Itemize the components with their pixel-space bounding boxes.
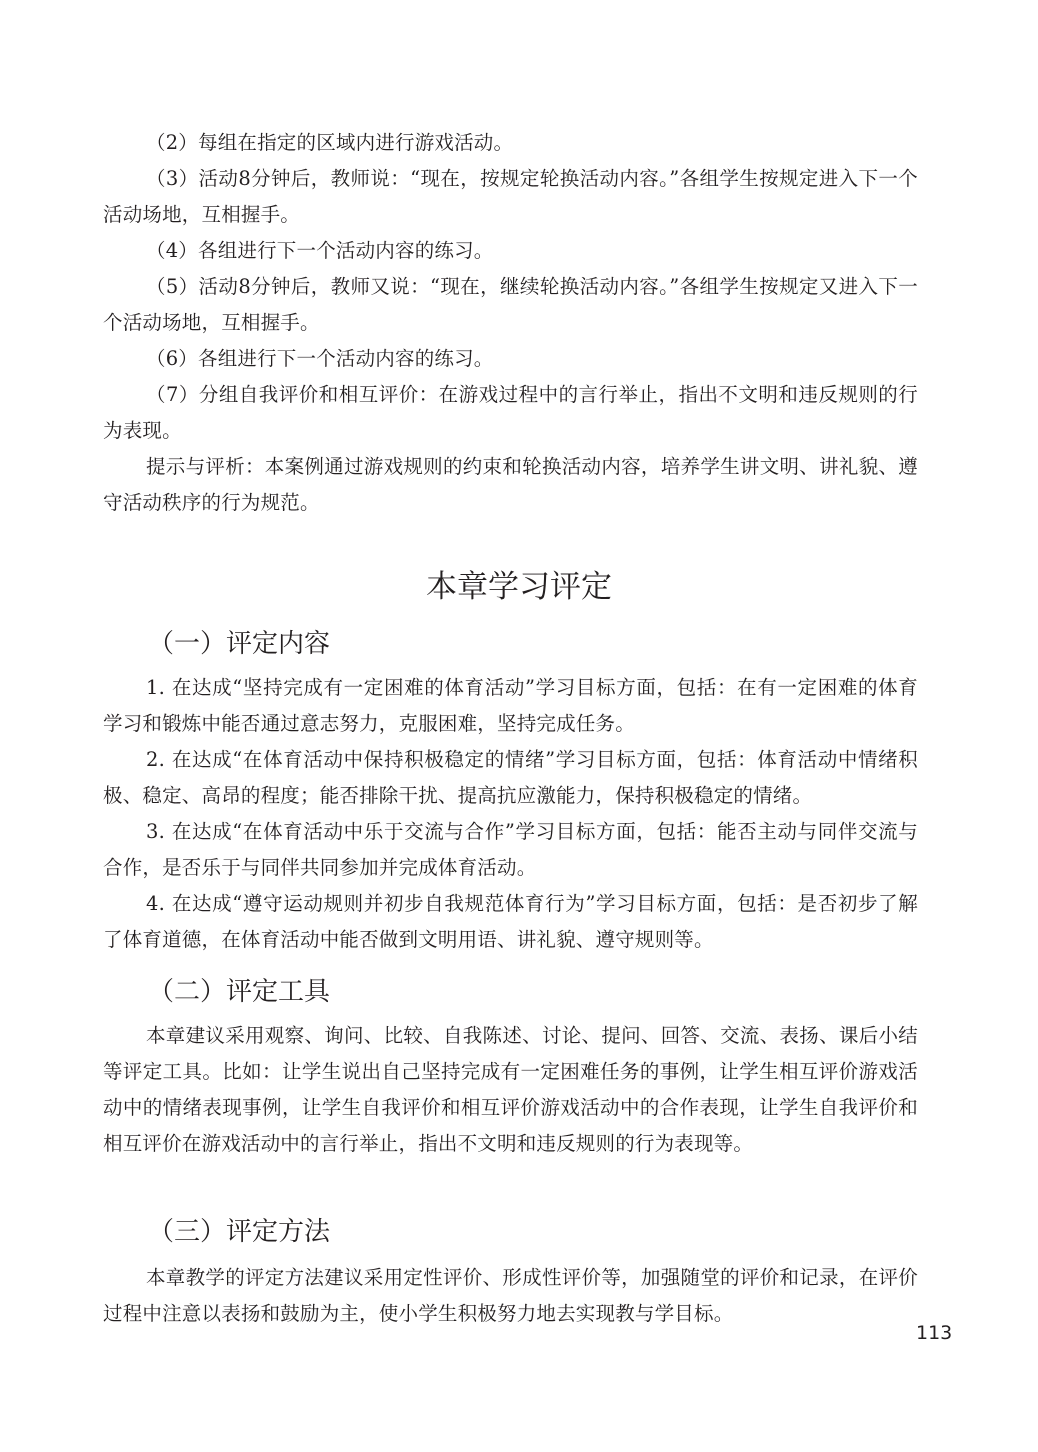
- section-heading-tools: （二）评定工具: [148, 972, 330, 1012]
- case-step-5: （5）活动8分钟后，教师又说：“现在，继续轮换活动内容。”各组学生按规定又进入下…: [103, 269, 918, 341]
- analysis-paragraph: 提示与评析：本案例通过游戏规则的约束和轮换活动内容，培养学生讲文明、讲礼貌、遵守…: [103, 449, 918, 521]
- case-step-4: （4）各组进行下一个活动内容的练习。: [103, 233, 918, 269]
- case-step-2: （2）每组在指定的区域内进行游戏活动。: [103, 125, 918, 161]
- tools-paragraph: 本章建议采用观察、询问、比较、自我陈述、讨论、提问、回答、交流、表扬、课后小结等…: [103, 1018, 918, 1162]
- content-item-3: 3. 在达成“在体育活动中乐于交流与合作”学习目标方面，包括：能否主动与同伴交流…: [103, 814, 918, 886]
- methods-paragraph: 本章教学的评定方法建议采用定性评价、形成性评价等，加强随堂的评价和记录，在评价过…: [103, 1260, 918, 1332]
- section-heading-content: （一）评定内容: [148, 624, 330, 664]
- section-heading-methods: （三）评定方法: [148, 1212, 330, 1252]
- document-page: （2）每组在指定的区域内进行游戏活动。 （3）活动8分钟后，教师说：“现在，按规…: [0, 0, 1038, 1452]
- page-number: 113: [916, 1322, 952, 1344]
- case-step-6: （6）各组进行下一个活动内容的练习。: [103, 341, 918, 377]
- case-step-7: （7）分组自我评价和相互评价：在游戏过程中的言行举止，指出不文明和违反规则的行为…: [103, 377, 918, 449]
- case-step-3: （3）活动8分钟后，教师说：“现在，按规定轮换活动内容。”各组学生按规定进入下一…: [103, 161, 918, 233]
- chapter-title: 本章学习评定: [0, 565, 1038, 609]
- content-item-4: 4. 在达成“遵守运动规则并初步自我规范体育行为”学习目标方面，包括：是否初步了…: [103, 886, 918, 958]
- content-item-1: 1. 在达成“坚持完成有一定困难的体育活动”学习目标方面，包括：在有一定困难的体…: [103, 670, 918, 742]
- content-item-2: 2. 在达成“在体育活动中保持积极稳定的情绪”学习目标方面，包括：体育活动中情绪…: [103, 742, 918, 814]
